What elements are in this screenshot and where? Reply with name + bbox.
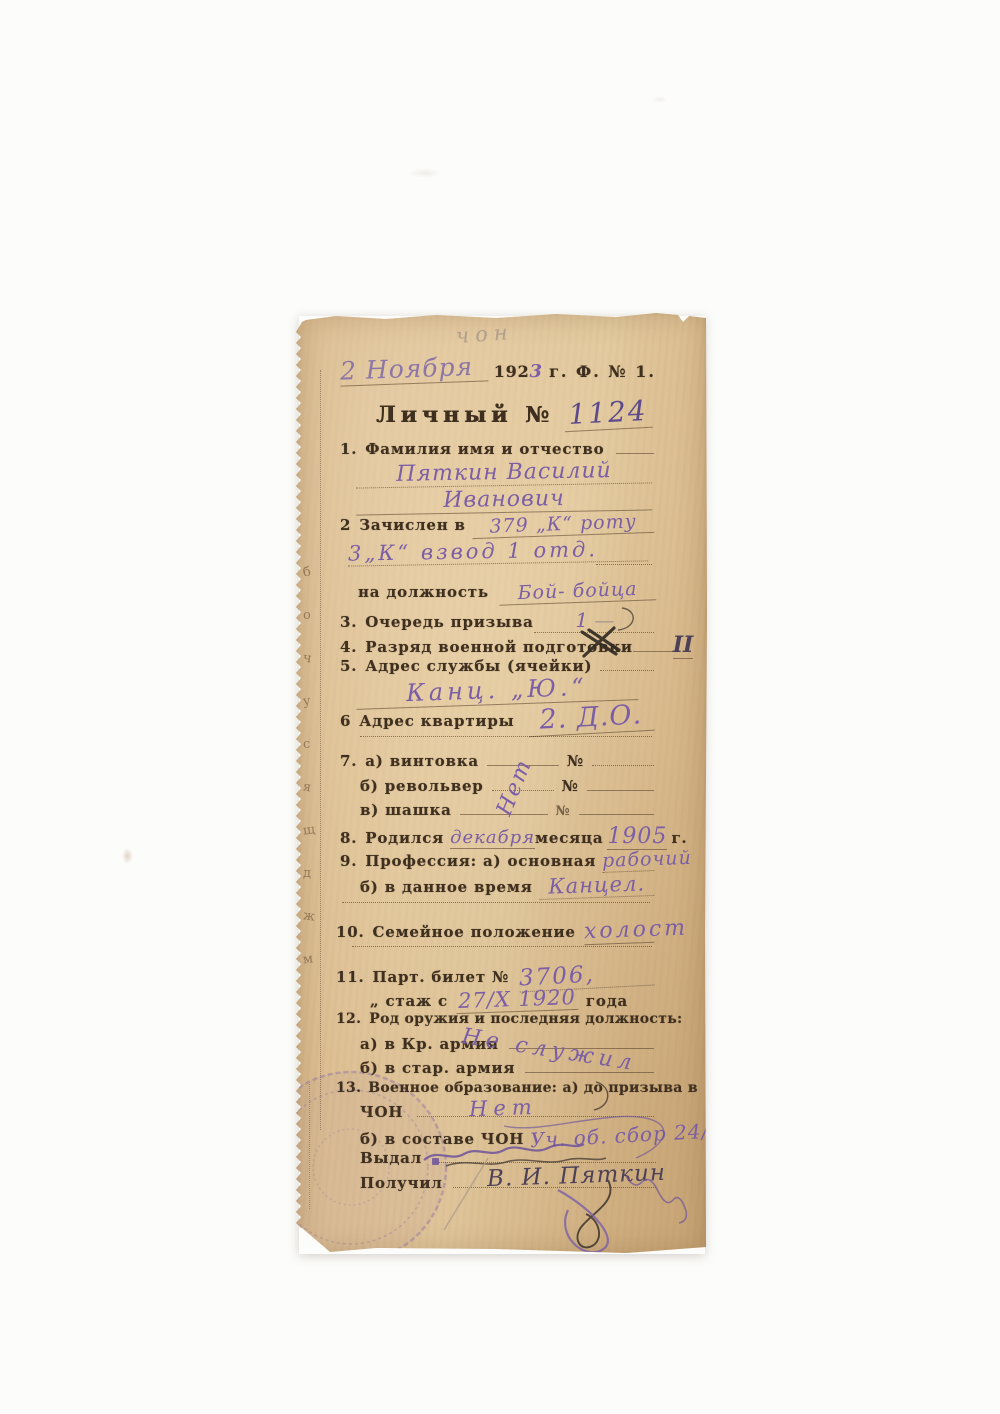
rifle-label: а) винтовка xyxy=(365,752,479,770)
field-label: Фамилия имя и отчество xyxy=(365,440,604,458)
blank-line xyxy=(592,765,654,766)
birth-year-value: 1905 xyxy=(607,824,667,850)
number-sign: № xyxy=(567,752,584,770)
field-label: Парт. билет № xyxy=(373,968,510,986)
stub-letter: щ xyxy=(302,822,316,839)
scan-speck xyxy=(122,848,133,864)
year-word: года xyxy=(586,992,628,1010)
field-label: Семейное положение xyxy=(373,923,576,941)
field-9b-row: б) в данное время Канцел. xyxy=(360,873,654,898)
position-label: на должность xyxy=(358,583,489,601)
blank-line xyxy=(342,902,650,903)
surname-value: Пяткин Василий xyxy=(356,457,652,488)
platoon-value: 3„К“ взвод 1 отд. xyxy=(348,536,648,566)
scan-speck xyxy=(408,168,442,178)
field-9-row: 9. Профессия: а) основная рабочий xyxy=(340,849,654,872)
received-signature-line: В. И. Пяткин xyxy=(453,1187,656,1188)
issued-label: Выдал xyxy=(360,1149,422,1167)
field-number: 13. xyxy=(336,1080,361,1096)
field-8-row: 8. Родился декабря месяца 1905 г. xyxy=(340,824,654,850)
call-up-order-value: 1 xyxy=(575,608,589,632)
stub-letter: м xyxy=(302,951,314,967)
field-number: 3. xyxy=(340,613,357,631)
blank-row xyxy=(342,902,650,903)
stub-letter: ж xyxy=(302,908,316,925)
year-abbrev: г. xyxy=(671,829,687,847)
stub-letter: б xyxy=(302,565,312,581)
home-address-value: 2. Д.О. xyxy=(528,699,655,738)
field-11b-row: „ стаж с 27/X 1920 года xyxy=(370,987,654,1012)
blank-line xyxy=(352,946,652,947)
marital-status-value: холост xyxy=(583,917,654,945)
surname-line-2: Иванович xyxy=(356,487,652,513)
chon-label: ЧОН xyxy=(360,1103,403,1121)
field-13b-row: б) в составе ЧОН Уч. об. сбор 24/г xyxy=(360,1125,656,1149)
field-label: Военное образование: а) до призыва в xyxy=(368,1080,698,1096)
training-grade-value: II xyxy=(673,632,694,659)
field-10-row: 10. Семейное положение холост xyxy=(336,918,654,944)
revolver-label: б) револьвер xyxy=(360,777,484,795)
pencil-dash: — xyxy=(594,608,612,632)
chon-member-value: Уч. об. сбор 24/г xyxy=(530,1122,657,1153)
field-3-row: 3. Очередь призыва 1 — xyxy=(340,608,654,633)
saber-label: в) шашка xyxy=(360,801,452,819)
field-11-row: 11. Парт. билет № 3706, xyxy=(336,962,654,989)
chon-member-label: б) в составе ЧОН xyxy=(360,1130,524,1148)
title-number: 1124 xyxy=(563,394,653,433)
field-2-row-2: 3„К“ взвод 1 отд. xyxy=(348,539,648,564)
blank-row xyxy=(352,946,652,947)
detach-perforation-line xyxy=(320,370,321,1130)
field-number: 6 xyxy=(340,712,351,730)
blank-line xyxy=(579,814,654,815)
field-1-row: 1. Фамилия имя и отчество xyxy=(340,440,654,458)
position-row: на должность Бой- бойца xyxy=(358,580,656,603)
document-paper: бочусящджм чон 2 Ноября 1923 г. Ф. № 1. … xyxy=(296,312,707,1255)
blank-line xyxy=(587,790,654,791)
blank-line xyxy=(525,1072,654,1073)
stub-letter: я xyxy=(302,780,312,796)
field-label: Родился xyxy=(365,829,444,847)
field-13-chon-row: ЧОН Нет xyxy=(360,1103,654,1121)
field-number: 5. xyxy=(340,657,357,675)
pencil-note-row: чон xyxy=(456,322,514,346)
field-label: Зачислен в xyxy=(359,516,466,534)
printer-imprint-line xyxy=(309,1084,310,1209)
stub-letter: д xyxy=(303,866,311,881)
scan-speck xyxy=(652,96,668,103)
field-label: Очередь призыва xyxy=(365,613,533,631)
profession-value: рабочий xyxy=(602,848,655,873)
field-number: 4. xyxy=(340,638,357,656)
field-number: 12. xyxy=(336,1011,361,1027)
title-label: Личный № xyxy=(376,402,554,428)
current-profession-label: б) в данное время xyxy=(360,878,533,896)
date-handwritten: 2 Ноября xyxy=(340,351,489,386)
stub-margin-letters: бочусящджм xyxy=(303,565,319,1045)
month-word: месяца xyxy=(535,829,603,847)
stub-letter: у xyxy=(302,694,312,710)
field-number: 10. xyxy=(336,923,365,941)
stub-letter: с xyxy=(303,737,310,752)
field-4-row: 4. Разряд военной подготовки II xyxy=(340,632,654,659)
field-12b-row: б) в стар. армия xyxy=(360,1059,654,1077)
field-12-row: 12. Род оружия и последняя должность: xyxy=(336,1011,654,1027)
birth-month-value: декабря xyxy=(450,827,535,849)
number-sign: № xyxy=(556,804,571,819)
call-up-order-line: 1 — xyxy=(534,608,654,633)
blank-line xyxy=(596,564,652,565)
form-ref: г. Ф. № 1. xyxy=(549,362,656,381)
dash-line xyxy=(596,564,652,565)
chon-before-value: Нет xyxy=(469,1095,538,1121)
stub-letter: о xyxy=(303,608,311,623)
field-2-row: 2 Зачислен в 379 „К“ роту xyxy=(340,513,654,536)
current-profession-value: Канцел. xyxy=(538,871,654,900)
blank-row xyxy=(360,736,652,737)
field-number: 11. xyxy=(336,968,365,986)
field-number: 8. xyxy=(340,829,357,847)
pencil-note: чон xyxy=(455,320,514,348)
field-label: Род оружия и последняя должность: xyxy=(369,1011,682,1027)
field-label: Адрес службы (ячейки) xyxy=(365,657,592,675)
field-7a-row: 7. а) винтовка № xyxy=(340,752,654,770)
received-signature: В. И. Пяткин xyxy=(486,1160,666,1192)
old-army-label: б) в стар. армия xyxy=(360,1059,515,1077)
surname-line-1: Пяткин Василий xyxy=(356,460,652,486)
field-label: Разряд военной подготовки xyxy=(365,638,633,656)
unit-value: 379 „К“ роту xyxy=(471,510,654,539)
field-number: 2 xyxy=(340,516,351,534)
blank-line xyxy=(360,736,652,737)
scan-background: { "colors": { "paper": "#d9ba8e", "print… xyxy=(0,0,1000,1414)
field-number: 9. xyxy=(340,852,357,870)
date-row: 2 Ноября 1923 г. Ф. № 1. xyxy=(340,354,656,384)
blank-line xyxy=(616,453,654,454)
field-number: 7. xyxy=(340,752,357,770)
field-label: Профессия: а) основная xyxy=(365,852,596,870)
field-13-row: 13. Военное образование: а) до призыва в xyxy=(336,1080,654,1096)
stub-letter: ч xyxy=(302,650,313,666)
received-label: Получил xyxy=(360,1174,443,1192)
party-since-value: 27/X 1920 xyxy=(456,985,579,1014)
field-label: Адрес квартиры xyxy=(359,712,514,730)
year-printed: 192 xyxy=(494,362,530,381)
title-row: Личный № 1124 xyxy=(376,396,652,430)
received-row: Получил В. И. Пяткин xyxy=(360,1174,656,1192)
year-digit-handwritten: 3 xyxy=(530,361,544,382)
field-number: 1. xyxy=(340,440,357,458)
number-sign: № xyxy=(562,777,579,795)
chon-before-line: Нет xyxy=(417,1116,654,1117)
field-6-row: 6 Адрес квартиры 2. Д.О. xyxy=(340,702,654,734)
crossed-out-zone xyxy=(633,651,673,652)
position-value: Бой- бойца xyxy=(498,577,656,605)
party-service-label: „ стаж с xyxy=(370,992,448,1010)
service-address-value-row: Канц. „Ю.“ xyxy=(356,676,638,705)
